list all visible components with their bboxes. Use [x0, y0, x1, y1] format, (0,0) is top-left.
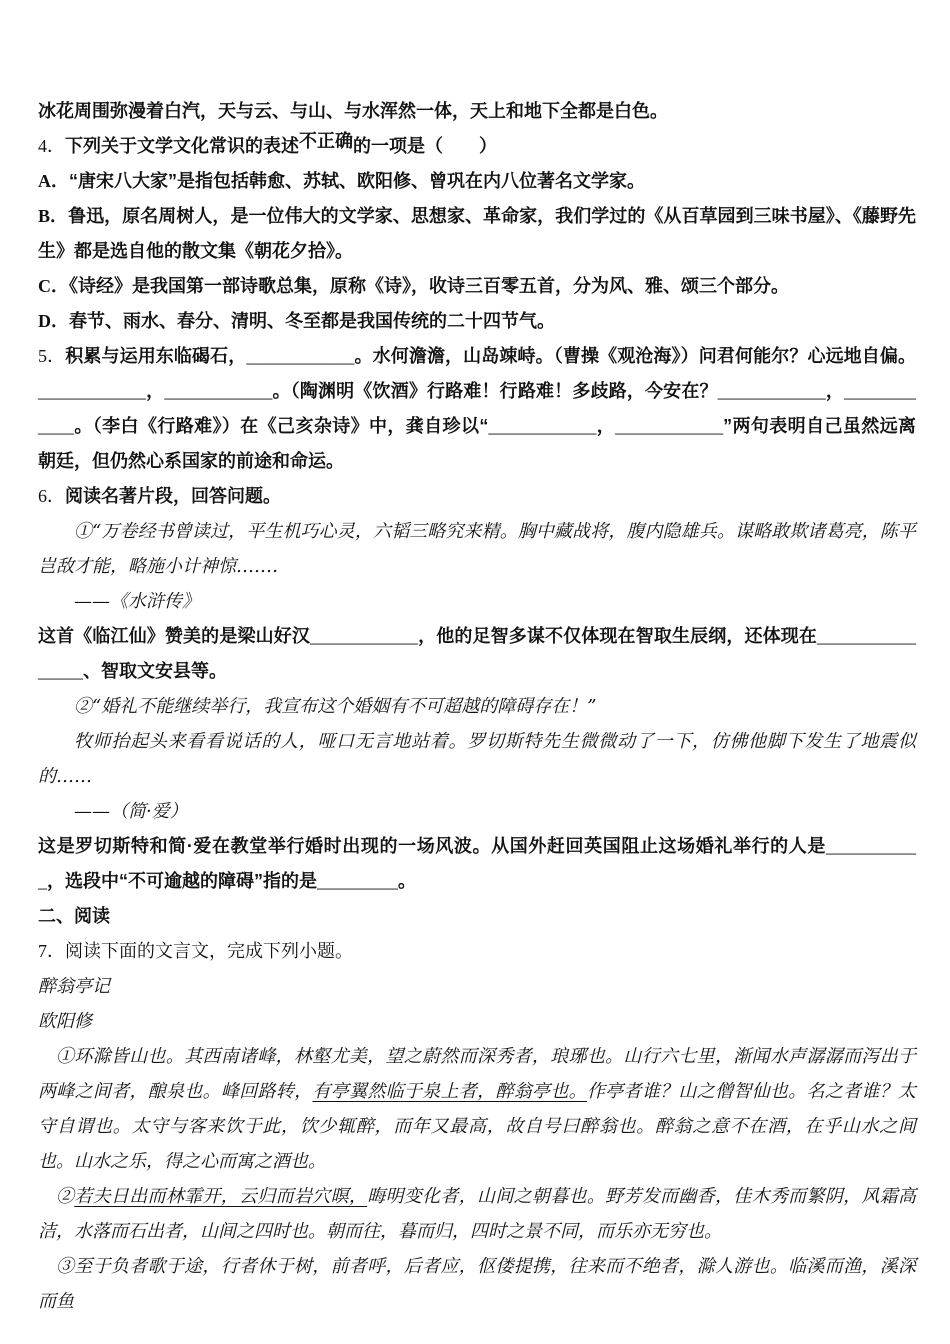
- question-6-blank-2-text: 这是罗切斯特和简·爱在教堂举行婚时出现的一场风波。从国外赶回英国阻止这场婚礼举行…: [38, 836, 826, 856]
- question-6-blank-2-text-blank: _________: [317, 871, 398, 891]
- question-6-text: 阅读名著片段，回答问题。: [65, 486, 281, 506]
- option-d-text-letter: D．: [38, 311, 69, 331]
- attribution-janeeyre: ——（简·爱）: [38, 794, 916, 829]
- question-6-blank-1-text-blank: ____________: [310, 626, 418, 646]
- option-c-text: 《诗经》是我国第一部诗歌总集，原称《诗》，收诗三百零五首，分为风、雅、颂三个部分…: [69, 276, 789, 296]
- question-5-text: ，: [146, 381, 164, 401]
- section-heading-reading: 二、阅读: [38, 899, 916, 934]
- essay-para-2-text-u: 若夫日出而林霏开，云归而岩穴暝，: [74, 1186, 367, 1207]
- question-5-text-blank: ____________: [718, 381, 826, 401]
- document-page: 冰花周围弥漫着白汽，天与云、与山、与水浑然一体，天上和地下全都是白色。4．下列关…: [0, 0, 950, 1344]
- question-6-blank-2: 这是罗切斯特和简·爱在教堂举行婚时出现的一场风波。从国外赶回英国阻止这场婚礼举行…: [38, 829, 916, 899]
- question-4-text-raised: 不正确: [299, 131, 353, 151]
- question-5-text: 积累与运用东临碣石，: [65, 346, 246, 366]
- question-5-text: 。（李白《行路难》）在《己亥杂诗》中，龚自珍以“: [74, 416, 488, 436]
- quote-shuihuzhuan: ①“万卷经书曾读过，平生机巧心灵，六韬三略究来精。胸中藏战将，腹内隐雄兵。谋略敢…: [38, 514, 916, 584]
- attribution-shuihuzhuan-text: ——《水浒传》: [74, 591, 200, 612]
- question-6-blank-1-text: ，他的足智多谋不仅体现在智取生辰纲，还体现在: [418, 626, 817, 646]
- question-5-text: ，: [826, 381, 844, 401]
- essay-title-text: 醉翁亭记: [38, 976, 110, 997]
- option-b-text: 鲁迅，原名周树人，是一位伟大的文学家、思想家、革命家，我们学过的《从百草园到三味…: [38, 206, 916, 261]
- question-5-text-blank: ____________: [38, 381, 146, 401]
- question-4: 4．下列关于文学文化常识的表述不正确的一项是（ ）: [38, 129, 916, 164]
- essay-para-2: ②若夫日出而林霏开，云归而岩穴暝，晦明变化者，山间之朝暮也。野芳发而幽香，佳木秀…: [38, 1179, 916, 1249]
- question-5-text-blank: ____________: [164, 381, 272, 401]
- question-5-text: ，: [596, 416, 615, 436]
- essay-title: 醉翁亭记: [38, 969, 916, 1004]
- question-4-text: 的一项是（ ）: [353, 136, 497, 156]
- essay-author-text: 欧阳修: [38, 1011, 92, 1032]
- option-d: D．春节、雨水、春分、清明、冬至都是我国传统的二十四节气。: [38, 304, 916, 339]
- quote-janeeyre-2: 牧师抬起头来看看说话的人，哑口无言地站着。罗切斯特先生微微动了一下，仿佛他脚下发…: [38, 724, 916, 794]
- quote-shuihuzhuan-text: ①“万卷经书曾读过，平生机巧心灵，六韬三略究来精。胸中藏战将，腹内隐雄兵。谋略敢…: [38, 521, 916, 577]
- question-6-blank-1-text: 、智取文安县等。: [83, 661, 227, 681]
- question-6-blank-1-text: 这首《临江仙》赞美的是梁山好汉: [38, 626, 310, 646]
- option-b-text-letter: B．: [38, 206, 68, 226]
- essay-para-1: ①环滁皆山也。其西南诸峰，林壑尤美，望之蔚然而深秀者，琅琊也。山行六七里，渐闻水…: [38, 1039, 916, 1179]
- question-4-text-num: 4．: [38, 136, 65, 156]
- essay-para-3-text: ③至于负者歌于途，行者休于树，前者呼，后者应，伛偻提携，往来而不绝者，滁人游也。…: [38, 1256, 916, 1312]
- quote-janeeyre-2-text: 牧师抬起头来看看说话的人，哑口无言地站着。罗切斯特先生微微动了一下，仿佛他脚下发…: [38, 731, 916, 787]
- question-6-blank-2-text: 。: [398, 871, 416, 891]
- question-5-text-blank: ____________: [615, 416, 723, 436]
- question-5-text-num: 5．: [38, 346, 65, 366]
- essay-author: 欧阳修: [38, 1004, 916, 1039]
- question-5-text-blank: ____________: [246, 346, 354, 366]
- question-5: 5．积累与运用东临碣石，____________。水何澹澹，山岛竦峙。（曹操《观…: [38, 339, 916, 479]
- option-a-text-letter: A．: [38, 171, 69, 191]
- section-heading-reading-text: 二、阅读: [38, 906, 110, 926]
- question-5-text: 。（陶渊明《饮酒》行路难！行路难！多歧路，今安在？: [272, 381, 717, 401]
- option-b: B．鲁迅，原名周树人，是一位伟大的文学家、思想家、革命家，我们学过的《从百草园到…: [38, 199, 916, 269]
- essay-para-1-text-u: 有亭翼然临于泉上者，醉翁亭也。: [312, 1081, 586, 1102]
- attribution-janeeyre-text: ——（简·爱）: [74, 801, 188, 822]
- option-c: C．《诗经》是我国第一部诗歌总集，原称《诗》，收诗三百零五首，分为风、雅、颂三个…: [38, 269, 916, 304]
- option-d-text: 春节、雨水、春分、清明、冬至都是我国传统的二十四节气。: [69, 311, 555, 331]
- option-a-text: “唐宋八大家”是指包括韩愈、苏轼、欧阳修、曾巩在内八位著名文学家。: [69, 171, 645, 191]
- question-6-blank-1: 这首《临江仙》赞美的是梁山好汉____________，他的足智多谋不仅体现在智…: [38, 619, 916, 689]
- quote-janeeyre-1-text: ②“婚礼不能继续举行，我宣布这个婚姻有不可超越的障碍存在！”: [74, 696, 596, 717]
- question-6: 6．阅读名著片段，回答问题。: [38, 479, 916, 514]
- option-a: A．“唐宋八大家”是指包括韩愈、苏轼、欧阳修、曾巩在内八位著名文学家。: [38, 164, 916, 199]
- question-6-text-num: 6．: [38, 486, 65, 506]
- essay-para-3: ③至于负者歌于途，行者休于树，前者呼，后者应，伛偻提携，往来而不绝者，滁人游也。…: [38, 1249, 916, 1319]
- intro-line: 冰花周围弥漫着白汽，天与云、与山、与水浑然一体，天上和地下全都是白色。: [38, 94, 916, 129]
- question-4-text: 下列关于文学文化常识的表述: [65, 136, 299, 156]
- question-6-blank-2-text: ，选段中“不可逾越的障碍”指的是: [47, 871, 317, 891]
- question-5-text-blank: ____________: [488, 416, 596, 436]
- essay-para-2-text: ②: [56, 1186, 74, 1207]
- question-5-text: 。水何澹澹，山岛竦峙。（曹操《观沧海》）问君何能尔？心远地自偏。: [354, 346, 916, 366]
- attribution-shuihuzhuan: ——《水浒传》: [38, 584, 916, 619]
- question-7: 7．阅读下面的文言文，完成下列小题。: [38, 934, 916, 969]
- intro-line-text: 冰花周围弥漫着白汽，天与云、与山、与水浑然一体，天上和地下全都是白色。: [38, 101, 668, 121]
- question-7-text: 7．阅读下面的文言文，完成下列小题。: [38, 941, 353, 961]
- option-c-text-letter: C．: [38, 276, 69, 296]
- quote-janeeyre-1: ②“婚礼不能继续举行，我宣布这个婚姻有不可超越的障碍存在！”: [38, 689, 916, 724]
